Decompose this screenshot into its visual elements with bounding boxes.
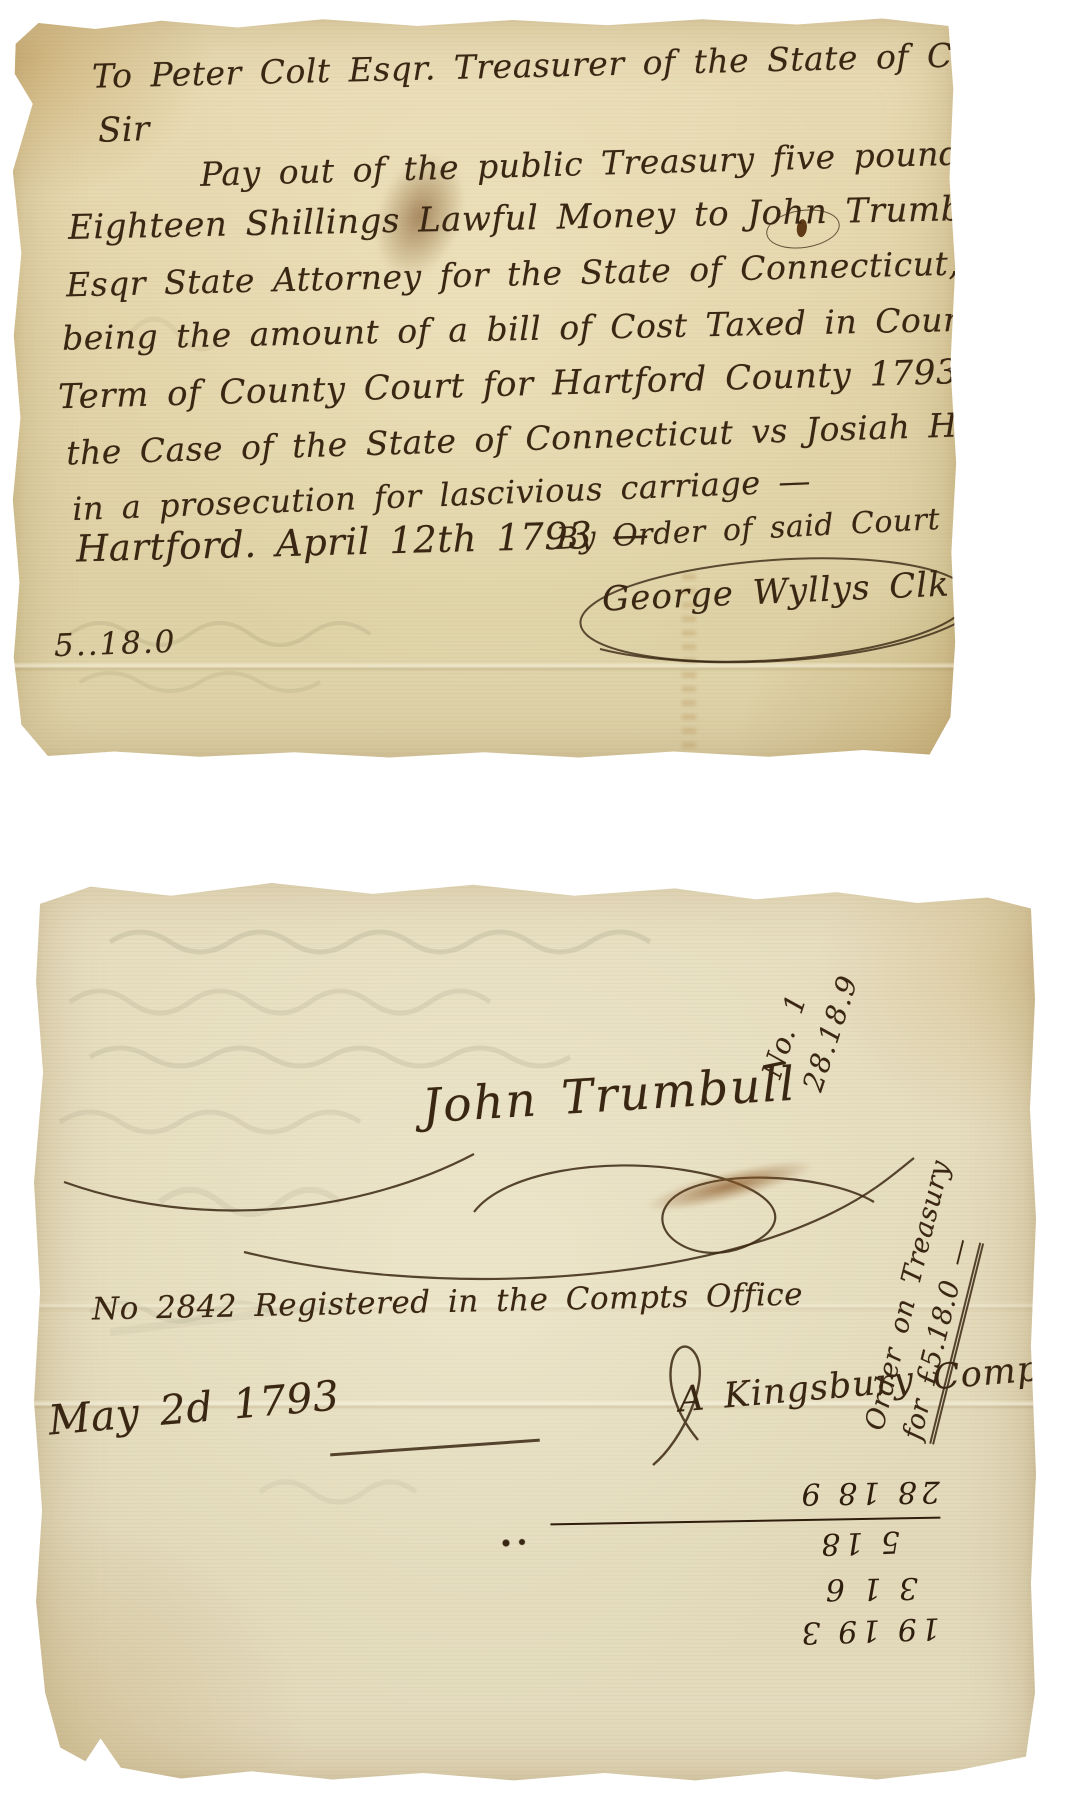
pay-order-front-page: To Peter Colt Esqr. Treasurer of the Sta… [10, 14, 958, 762]
clerk-signature: George Wyllys Clk [601, 564, 950, 619]
date-underline-stroke [330, 1439, 540, 1457]
order-note: By Order of said Court [555, 502, 941, 557]
arithmetic-total: 28 18 9 [550, 1469, 941, 1526]
manuscript-scan: To Peter Colt Esqr. Treasurer of the Sta… [0, 0, 1080, 1798]
body-line-bill-of-cost: being the amount of a bill of Cost Taxed… [62, 297, 1080, 357]
amount-notation: 5..18.0 [53, 624, 177, 664]
pay-order-back-page: No. 1 28.18.9 John Trumbull No 2842 Regi… [30, 872, 1038, 1784]
side-note-block: Order on Treasury for £5.18.0 — [859, 1106, 1020, 1447]
ink-smudge [641, 1151, 818, 1221]
registration-line: No 2842 Registered in the Compts Office [92, 1277, 804, 1328]
body-line-case: the Case of the State of Connecticut vs … [66, 402, 1055, 472]
body-line-pay: Pay out of the public Treasury five poun… [200, 133, 979, 194]
fold-crease [10, 662, 958, 672]
arithmetic-block: 19 19 3 3 1 6 5 18 28 18 9 [550, 1472, 940, 1656]
body-line-shillings: Eighteen Shillings Lawful Money to John … [68, 188, 1009, 248]
registration-date: May 2d 1793 [46, 1371, 341, 1444]
addressee-line: To Peter Colt Esqr. Treasurer of the Sta… [92, 31, 1080, 95]
ink-dots [502, 1538, 528, 1548]
body-line-attorney: Esqr State Attorney for the State of Con… [66, 243, 1003, 305]
salutation: Sir [97, 109, 150, 151]
payee-signature: John Trumbull [421, 1057, 798, 1135]
